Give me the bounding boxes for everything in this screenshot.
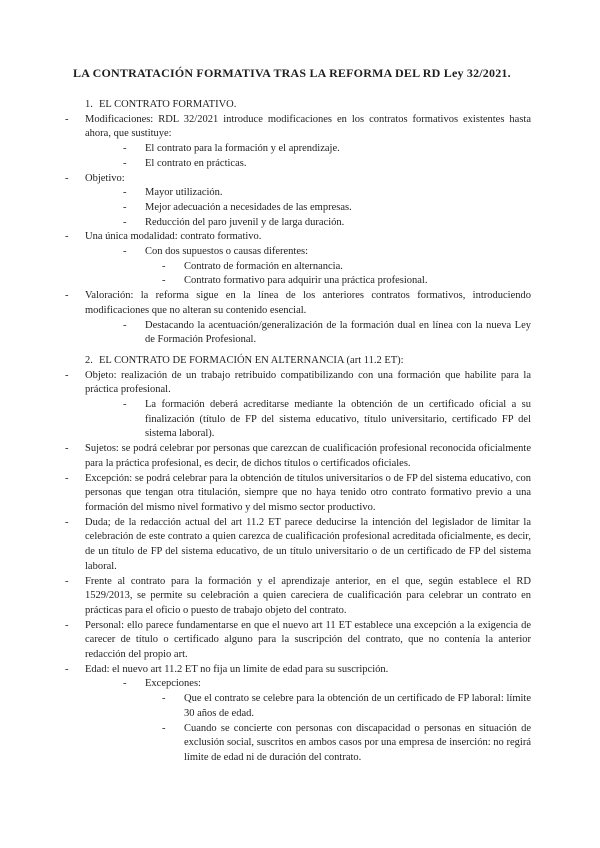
list-item: -Edad: el nuevo art 11.2 ET no fija un l… bbox=[65, 663, 531, 678]
bullet-dash: - bbox=[65, 113, 85, 128]
list-item-text: Contrato de formación en alternancia. bbox=[184, 260, 531, 275]
list-item: -Reducción del paro juvenil y de larga d… bbox=[123, 216, 531, 231]
bullet-dash: - bbox=[65, 172, 85, 187]
bullet-dash: - bbox=[65, 289, 85, 304]
list-item: -Mayor utilización. bbox=[123, 186, 531, 201]
list-item: -La formación deberá acreditarse mediant… bbox=[123, 398, 531, 442]
list-item-text: Modificaciones: RDL 32/2021 introduce mo… bbox=[85, 113, 531, 142]
bullet-dash: - bbox=[65, 230, 85, 245]
section-heading: EL CONTRATO DE FORMACIÓN EN ALTERNANCIA … bbox=[99, 354, 531, 369]
bullet-dash: - bbox=[65, 663, 85, 678]
bullet-dash: - bbox=[162, 274, 184, 289]
list-item: -El contrato para la formación y el apre… bbox=[123, 142, 531, 157]
list-item: -Cuando se concierte con personas con di… bbox=[162, 722, 531, 766]
bullet-dash: - bbox=[162, 692, 184, 707]
bullet-dash: - bbox=[162, 260, 184, 275]
bullet-dash: - bbox=[123, 245, 145, 260]
list-item-text: Objeto: realización de un trabajo retrib… bbox=[85, 369, 531, 398]
bullet-dash: - bbox=[65, 442, 85, 457]
list-item: -Mejor adecuación a necesidades de las e… bbox=[123, 201, 531, 216]
list-item-text: La formación deberá acreditarse mediante… bbox=[145, 398, 531, 442]
list-item-text: Contrato formativo para adquirir una prá… bbox=[184, 274, 531, 289]
document-title: LA CONTRATACIÓN FORMATIVA TRAS LA REFORM… bbox=[73, 66, 600, 80]
section-heading: EL CONTRATO FORMATIVO. bbox=[99, 98, 531, 113]
list-item-text: Sujetos: se podrá celebrar por personas … bbox=[85, 442, 531, 471]
section-number: 1. bbox=[85, 98, 99, 113]
list-item-text: Cuando se concierte con personas con dis… bbox=[184, 722, 531, 766]
section: 1.EL CONTRATO FORMATIVO.-Modificaciones:… bbox=[0, 98, 600, 348]
list-item: -Excepción: se podrá celebrar para la ob… bbox=[65, 472, 531, 516]
list-item: -Destacando la acentuación/generalizació… bbox=[123, 319, 531, 348]
list-item: -Objeto: realización de un trabajo retri… bbox=[65, 369, 531, 398]
section-heading-row: 2.EL CONTRATO DE FORMACIÓN EN ALTERNANCI… bbox=[85, 354, 531, 369]
bullet-dash: - bbox=[65, 619, 85, 634]
document-content: LA CONTRATACIÓN FORMATIVA TRAS LA REFORM… bbox=[0, 66, 600, 766]
list-item: -Que el contrato se celebre para la obte… bbox=[162, 692, 531, 721]
list-item-text: Edad: el nuevo art 11.2 ET no fija un lí… bbox=[85, 663, 531, 678]
document-body: 1.EL CONTRATO FORMATIVO.-Modificaciones:… bbox=[0, 98, 600, 766]
bullet-dash: - bbox=[65, 575, 85, 590]
list-item-text: Que el contrato se celebre para la obten… bbox=[184, 692, 531, 721]
bullet-dash: - bbox=[123, 216, 145, 231]
bullet-dash: - bbox=[123, 157, 145, 172]
section-number: 2. bbox=[85, 354, 99, 369]
list-item-text: El contrato para la formación y el apren… bbox=[145, 142, 531, 157]
list-item-text: Mayor utilización. bbox=[145, 186, 531, 201]
list-item: -Una única modalidad: contrato formativo… bbox=[65, 230, 531, 245]
list-item: -Contrato de formación en alternancia. bbox=[162, 260, 531, 275]
bullet-dash: - bbox=[123, 142, 145, 157]
list-item-text: Destacando la acentuación/generalización… bbox=[145, 319, 531, 348]
list-item: -Objetivo: bbox=[65, 172, 531, 187]
list-item-text: Personal: ello parece fundamentarse en q… bbox=[85, 619, 531, 663]
section: 2.EL CONTRATO DE FORMACIÓN EN ALTERNANCI… bbox=[0, 354, 600, 766]
section-heading-row: 1.EL CONTRATO FORMATIVO. bbox=[85, 98, 531, 113]
list-item: -Valoración: la reforma sigue en la líne… bbox=[65, 289, 531, 318]
bullet-dash: - bbox=[65, 369, 85, 384]
list-item: -Duda; de la redacción actual del art 11… bbox=[65, 516, 531, 575]
list-item-text: Una única modalidad: contrato formativo. bbox=[85, 230, 531, 245]
list-item: -Sujetos: se podrá celebrar por personas… bbox=[65, 442, 531, 471]
list-item: -Modificaciones: RDL 32/2021 introduce m… bbox=[65, 113, 531, 142]
bullet-dash: - bbox=[65, 472, 85, 487]
list-item: -Excepciones: bbox=[123, 677, 531, 692]
bullet-dash: - bbox=[123, 398, 145, 413]
bullet-dash: - bbox=[123, 186, 145, 201]
list-item-text: Excepciones: bbox=[145, 677, 531, 692]
list-item-text: El contrato en prácticas. bbox=[145, 157, 531, 172]
bullet-dash: - bbox=[123, 319, 145, 334]
list-item-text: Con dos supuestos o causas diferentes: bbox=[145, 245, 531, 260]
document-page: LA CONTRATACIÓN FORMATIVA TRAS LA REFORM… bbox=[0, 0, 600, 848]
list-item-text: Reducción del paro juvenil y de larga du… bbox=[145, 216, 531, 231]
bullet-dash: - bbox=[123, 201, 145, 216]
list-item-text: Excepción: se podrá celebrar para la obt… bbox=[85, 472, 531, 516]
list-item: -Personal: ello parece fundamentarse en … bbox=[65, 619, 531, 663]
list-item: -El contrato en prácticas. bbox=[123, 157, 531, 172]
list-item-text: Objetivo: bbox=[85, 172, 531, 187]
list-item: -Frente al contrato para la formación y … bbox=[65, 575, 531, 619]
list-item-text: Valoración: la reforma sigue en la línea… bbox=[85, 289, 531, 318]
list-item: -Contrato formativo para adquirir una pr… bbox=[162, 274, 531, 289]
bullet-dash: - bbox=[65, 516, 85, 531]
bullet-dash: - bbox=[123, 677, 145, 692]
list-item-text: Frente al contrato para la formación y e… bbox=[85, 575, 531, 619]
list-item: -Con dos supuestos o causas diferentes: bbox=[123, 245, 531, 260]
list-item-text: Duda; de la redacción actual del art 11.… bbox=[85, 516, 531, 575]
list-item-text: Mejor adecuación a necesidades de las em… bbox=[145, 201, 531, 216]
bullet-dash: - bbox=[162, 722, 184, 737]
